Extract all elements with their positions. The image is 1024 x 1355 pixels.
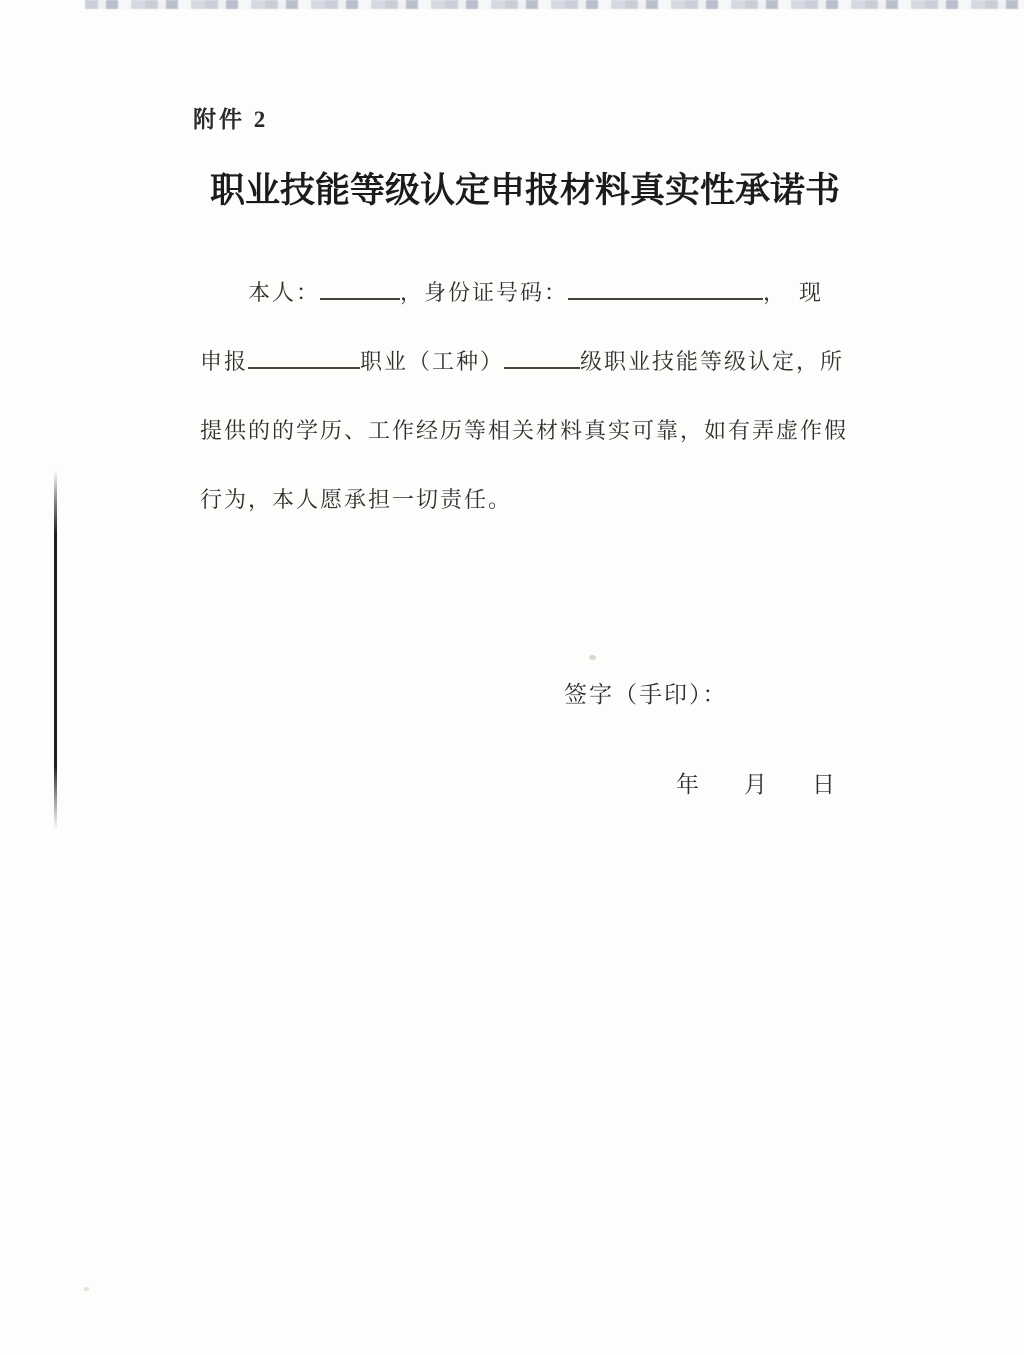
body-text: 申报 [200,345,248,376]
fill-in-blank [504,365,580,369]
body-line: 提供的的学历、工作经历等相关材料真实可靠，如有弄虚作假 [200,414,860,442]
body-text: ， [763,276,787,307]
body-text: 现 [799,276,823,307]
body-text: ，身份证号码： [400,276,568,307]
document-title: 职业技能等级认定申报材料真实性承诺书 [200,163,850,213]
scan-artifact-top-edge [85,0,1024,9]
attachment-label: 附件 2 [193,101,268,134]
date-month-label: 月 [744,766,767,799]
spacer [787,299,799,300]
scan-artifact-left-line [54,470,57,830]
body-line: 本人：，身份证号码：，现 [200,276,860,304]
date-day-label: 日 [812,766,835,799]
body-line: 申报职业（工种）级职业技能等级认定，所 [200,345,860,373]
fill-in-blank [248,365,360,369]
document-page: 附件 2 职业技能等级认定申报材料真实性承诺书 本人：，身份证号码：，现申报职业… [0,0,1024,1355]
fill-in-blank [320,296,400,300]
date-year-label: 年 [676,766,699,799]
body-text: 级职业技能等级认定，所 [580,345,844,376]
body-text: 职业（工种） [360,345,504,376]
body-line: 行为，本人愿承担一切责任。 [200,483,860,511]
body-text: 行为，本人愿承担一切责任。 [200,483,512,514]
body-paragraph: 本人：，身份证号码：，现申报职业（工种）级职业技能等级认定，所提供的的学历、工作… [200,276,860,552]
date-line: 年 月 日 [676,766,835,799]
body-text: 提供的的学历、工作经历等相关材料真实可靠，如有弄虚作假 [200,414,848,445]
scan-speck [589,655,596,660]
scan-speck [84,1287,89,1291]
body-text: 本人： [248,276,320,307]
signature-label: 签字（手印）： [564,676,728,709]
fill-in-blank [568,296,763,300]
